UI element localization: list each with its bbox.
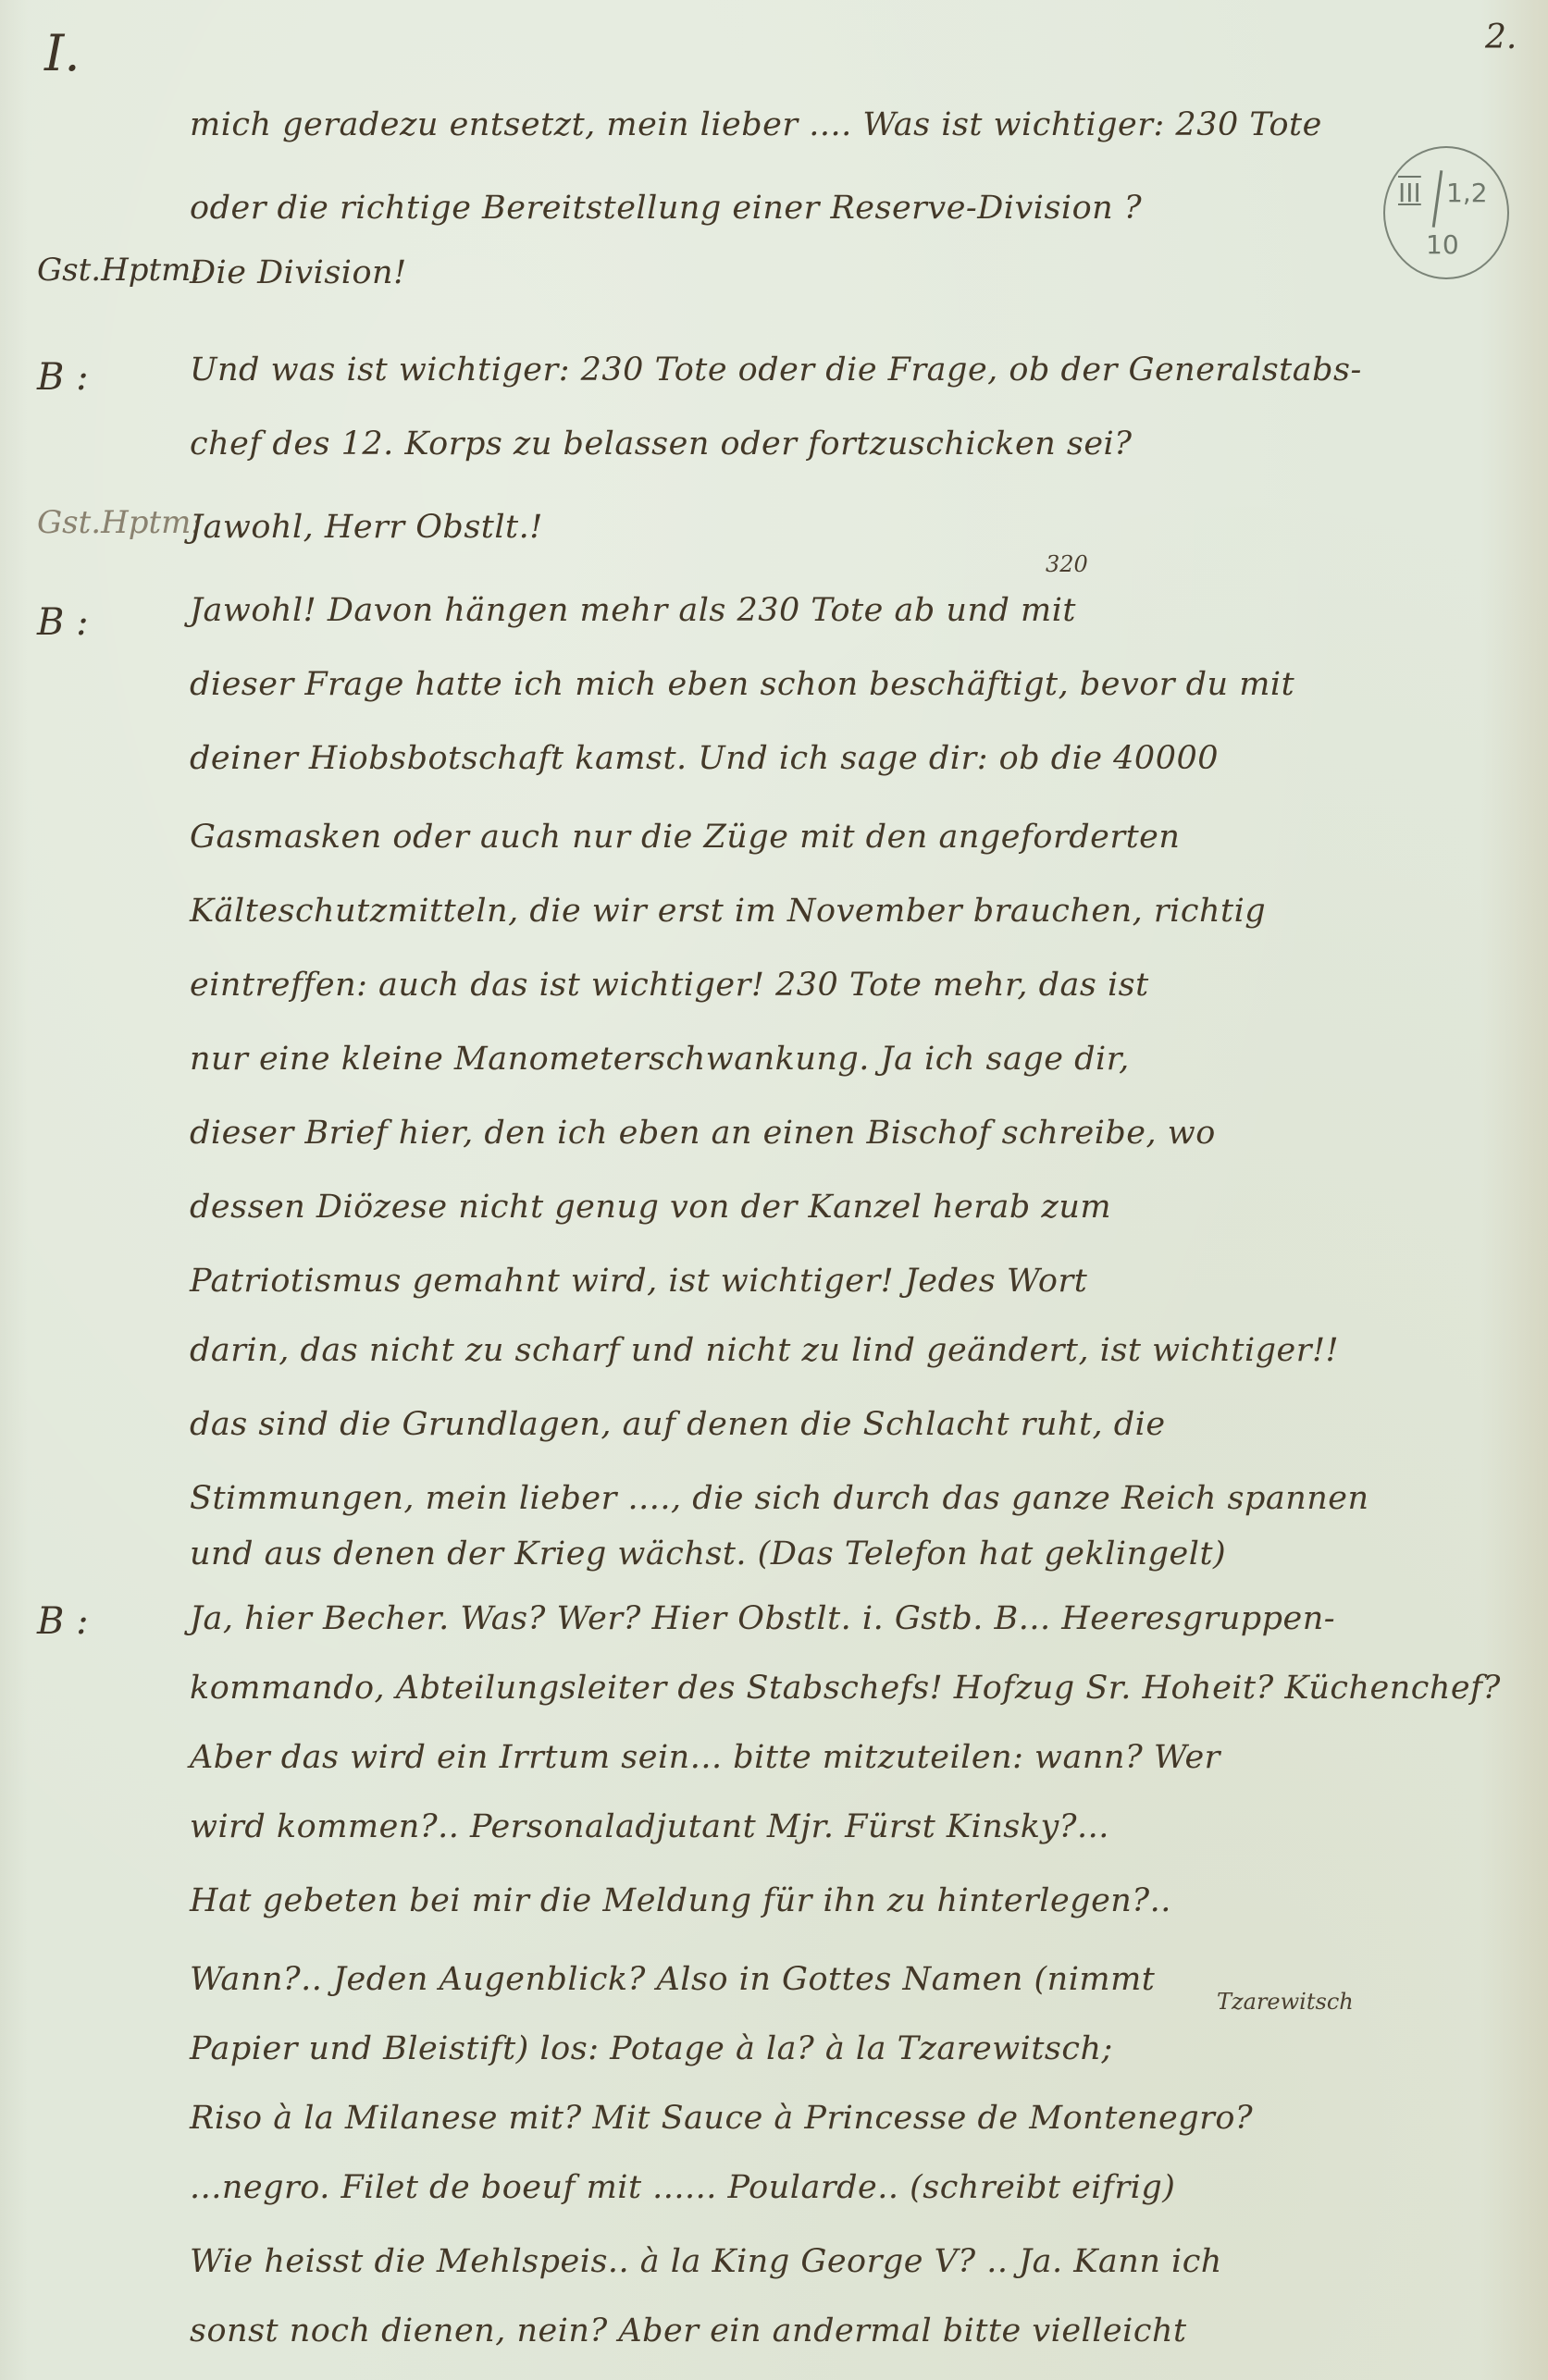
manuscript-line: dieser Frage hatte ich mich eben schon b…: [190, 666, 1294, 703]
stamp-roman-numeral: III: [1398, 178, 1421, 208]
manuscript-line: Papier und Bleistift) los: Potage à la? …: [190, 2030, 1113, 2067]
manuscript-line: eintreffen: auch das ist wichtiger! 230 …: [190, 967, 1149, 1004]
manuscript-line: chef des 12. Korps zu belassen oder fort…: [190, 425, 1133, 462]
manuscript-line: oder die richtige Bereitstellung einer R…: [190, 190, 1142, 227]
manuscript-line: Wann?.. Jeden Augenblick? Also in Gottes…: [190, 1961, 1155, 1998]
manuscript-line: Kälteschutzmitteln, die wir erst im Nove…: [190, 893, 1266, 930]
stamp-subnumber: 1,2: [1446, 178, 1488, 208]
manuscript-line: Jawohl! Davon hängen mehr als 230 Tote a…: [190, 592, 1076, 629]
manuscript-line: dessen Diözese nicht genug von der Kanze…: [190, 1189, 1111, 1226]
manuscript-line: Aber das wird ein Irrtum sein... bitte m…: [190, 1739, 1220, 1776]
manuscript-line: mich geradezu entsetzt, mein lieber ....…: [190, 106, 1322, 143]
manuscript-line: kommando, Abteilungsleiter des Stabschef…: [190, 1670, 1501, 1707]
inserted-word: Tzarewitsch: [1217, 1989, 1354, 2015]
manuscript-line: Hat gebeten bei mir die Meldung für ihn …: [190, 1882, 1171, 1919]
manuscript-line: Patriotismus gemahnt wird, ist wichtiger…: [190, 1263, 1087, 1300]
manuscript-line: Wie heisst die Mehlspeis.. à la King Geo…: [190, 2243, 1222, 2280]
manuscript-line: Ja, hier Becher. Was? Wer? Hier Obstlt. …: [190, 1600, 1335, 1637]
speaker-label-b: B :: [37, 356, 89, 399]
manuscript-line: dieser Brief hier, den ich eben an einen…: [190, 1115, 1216, 1152]
stamp-number: 10: [1426, 229, 1459, 260]
manuscript-line: darin, das nicht zu scharf und nicht zu …: [190, 1332, 1339, 1369]
manuscript-line: ...negro. Filet de boeuf mit ...... Poul…: [190, 2169, 1175, 2206]
folio-mark: I.: [44, 24, 80, 82]
page-number: 2.: [1485, 18, 1517, 56]
archive-stamp: III 1,2 10: [1383, 146, 1509, 279]
speaker-label-b: B :: [37, 601, 89, 644]
manuscript-line: sonst noch dienen, nein? Aber ein anderm…: [190, 2312, 1187, 2349]
manuscript-line: wird kommen?.. Personaladjutant Mjr. Für…: [190, 1808, 1109, 1845]
manuscript-line: Und was ist wichtiger: 230 Tote oder die…: [190, 351, 1362, 388]
manuscript-line: Jawohl, Herr Obstlt.!: [190, 509, 543, 546]
manuscript-line: das sind die Grundlagen, auf denen die S…: [190, 1406, 1166, 1443]
manuscript-line: Gasmasken oder auch nur die Züge mit den…: [190, 819, 1180, 856]
manuscript-line: deiner Hiobsbotschaft kamst. Und ich sag…: [190, 740, 1219, 777]
speaker-label-gst-hptm: Gst.Hptm:: [37, 504, 202, 541]
stamp-divider: [1432, 170, 1443, 228]
speaker-label-b: B :: [37, 1600, 89, 1643]
manuscript-line: nur eine kleine Manometerschwankung. Ja …: [190, 1041, 1130, 1078]
manuscript-line: Riso à la Milanese mit? Mit Sauce à Prin…: [190, 2100, 1253, 2137]
inserted-number: 320: [1046, 551, 1088, 577]
manuscript-line: Stimmungen, mein lieber ...., die sich d…: [190, 1480, 1369, 1517]
manuscript-line: Die Division!: [190, 254, 407, 291]
manuscript-line: und aus denen der Krieg wächst. (Das Tel…: [190, 1535, 1226, 1572]
speaker-label-gst-hptm: Gst.Hptm:: [37, 252, 202, 289]
